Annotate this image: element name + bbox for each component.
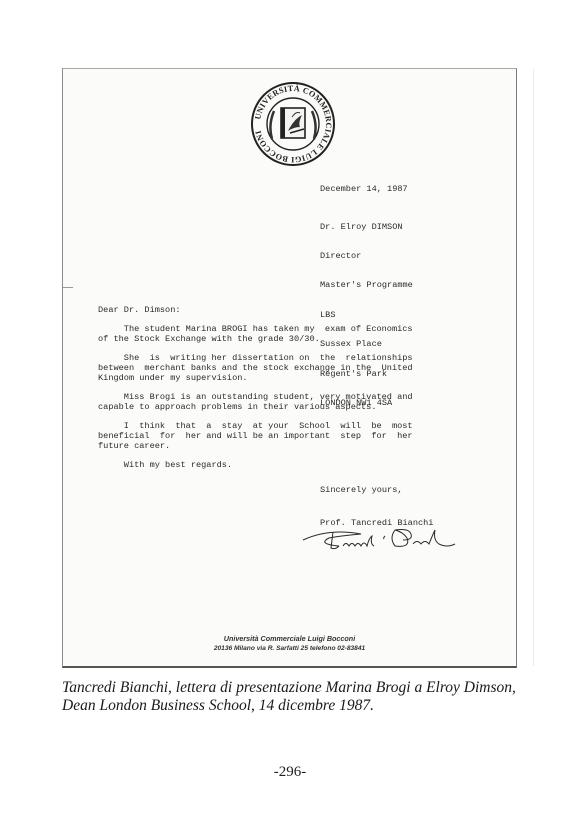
address-line: LBS	[320, 311, 413, 321]
figure-caption: Tancredi Bianchi, lettera di presentazio…	[62, 679, 532, 715]
paragraph-line: With my best regards.	[98, 461, 478, 471]
scanned-letter: UNIVERSITÀ COMMERCIALE LUIGI BOCCONI MIL…	[62, 68, 517, 668]
letterhead-footer-address: 20136 Milano via R. Sarfatti 25 telefono…	[63, 645, 516, 652]
closing: Sincerely yours,	[320, 486, 403, 496]
paragraph-line: of the Stock Exchange with the grade 30/…	[98, 335, 478, 345]
paragraph-line: Kingdom under my supervision.	[98, 374, 478, 384]
address-line: Master's Programme	[320, 281, 413, 291]
paragraph-line: future career.	[98, 442, 478, 452]
page-number: -296-	[0, 764, 580, 781]
caption-line: Dean London Business School, 14 dicembre…	[62, 697, 532, 715]
scan-fold-line	[533, 69, 534, 666]
paragraph: The student Marina BROGI has taken my ex…	[98, 325, 478, 345]
university-seal-icon: UNIVERSITÀ COMMERCIALE LUIGI BOCCONI MIL…	[250, 81, 336, 167]
paragraph: With my best regards.	[98, 461, 478, 471]
letterhead-footer-name: Università Commerciale Luigi Bocconi	[63, 634, 516, 643]
letter-date: December 14, 1987	[320, 185, 408, 195]
paragraph: She is writing her dissertation on the r…	[98, 354, 478, 383]
caption-line: Tancredi Bianchi, lettera di presentazio…	[62, 679, 532, 697]
address-line: Dr. Elroy DIMSON	[320, 223, 413, 233]
paragraph: Miss Brogi is an outstanding student, ve…	[98, 393, 478, 413]
salutation: Dear Dr. Dimson:	[98, 306, 181, 316]
handwritten-signature-icon	[299, 524, 459, 554]
paragraph-line: capable to approach problems in their va…	[98, 403, 478, 413]
punch-mark	[63, 287, 73, 288]
paragraph: I think that a stay at your School will …	[98, 422, 478, 451]
address-line: Director	[320, 252, 413, 262]
